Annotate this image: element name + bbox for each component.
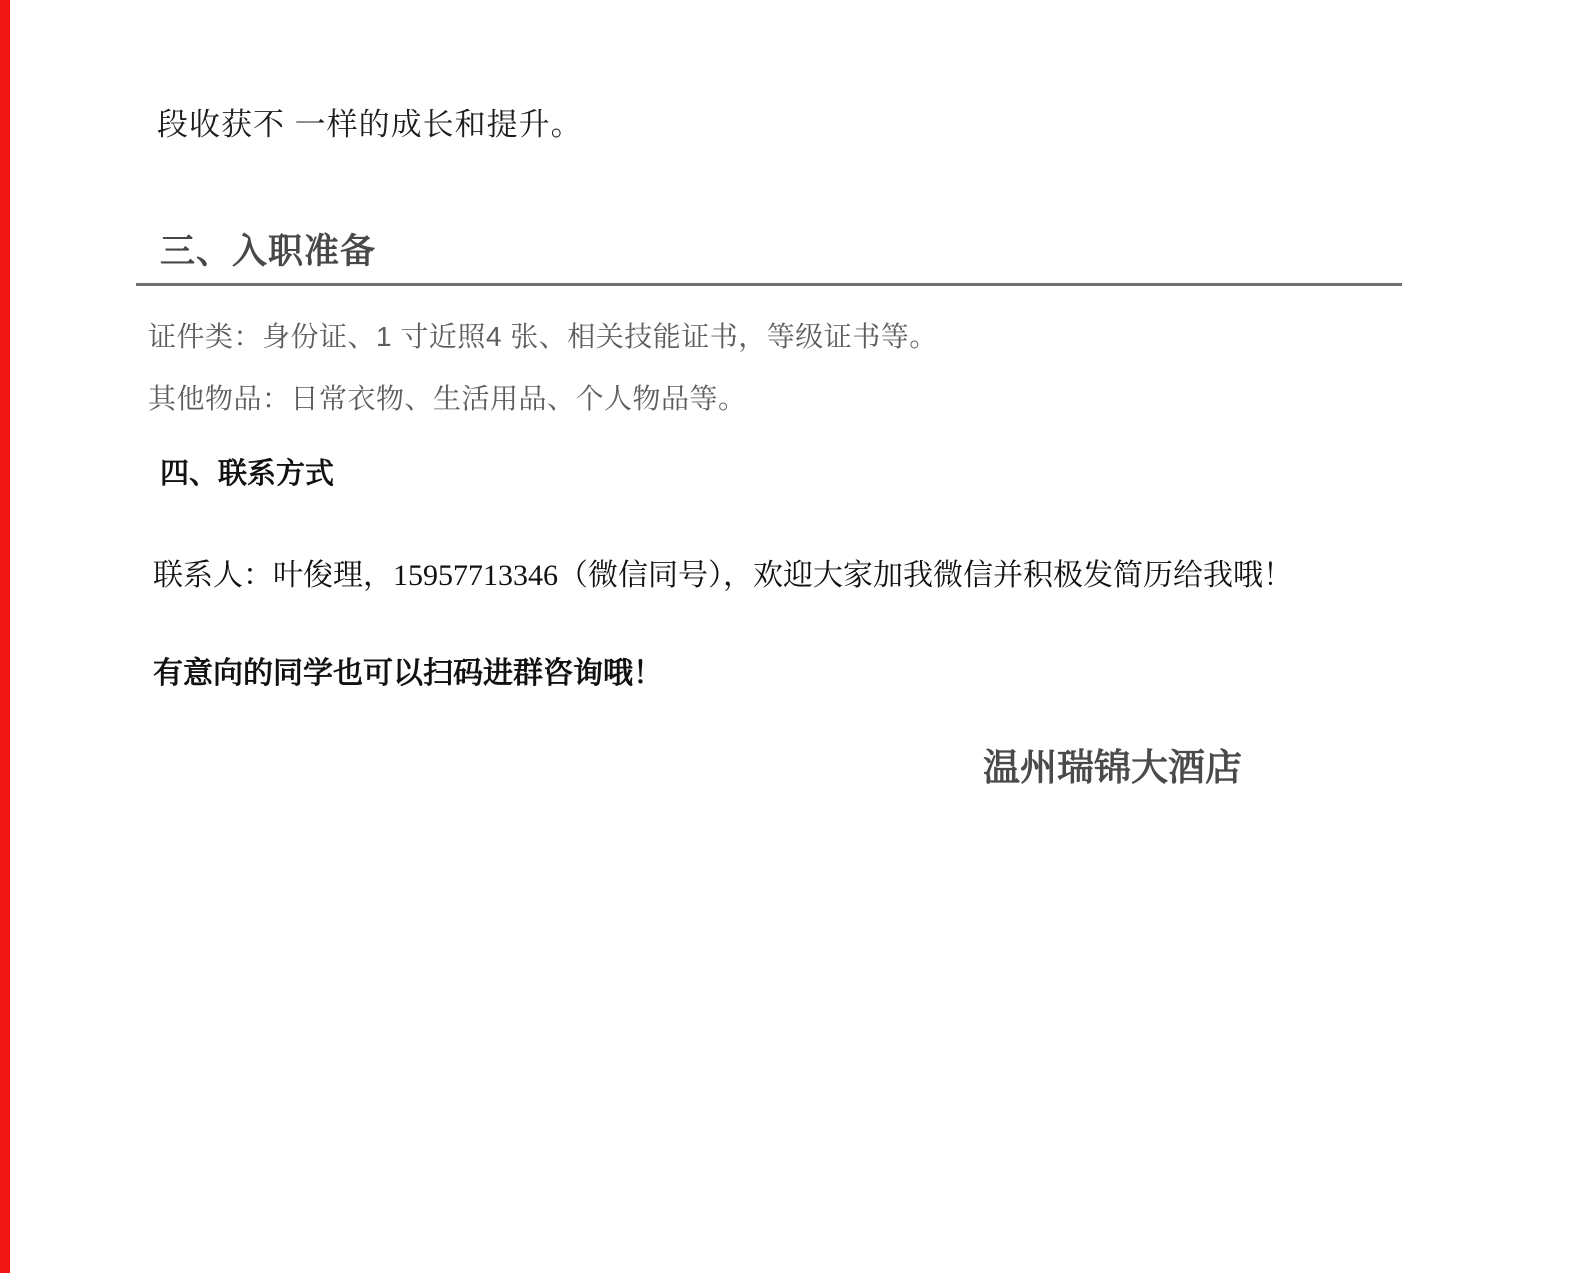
contact-person-line: 联系人：叶俊理，15957713346（微信同号），欢迎大家加我微信并积极发简历… (153, 550, 1293, 594)
left-red-edge-bar (0, 0, 10, 1273)
other-belongings-item: 其他物品：日常衣物、生活用品、个人物品等。 (148, 377, 747, 417)
intro-text: 段收获不 一样的成长和提升。 (157, 99, 583, 144)
section-heading-onboarding-preparation: 三、入职准备 (160, 224, 376, 274)
hotel-signature: 温州瑞锦大酒店 (983, 737, 1242, 791)
documents-required-item: 证件类：身份证、1 寸近照4 张、相关技能证书，等级证书等。 (148, 315, 938, 355)
qr-group-invite-line: 有意向的同学也可以扫码进群咨询哦！ (153, 648, 663, 692)
heading-underline-rule (136, 283, 1402, 286)
document-page: 段收获不 一样的成长和提升。 三、入职准备 证件类：身份证、1 寸近照4 张、相… (0, 0, 1587, 1273)
section-heading-contact-info: 四、联系方式 (160, 451, 334, 492)
